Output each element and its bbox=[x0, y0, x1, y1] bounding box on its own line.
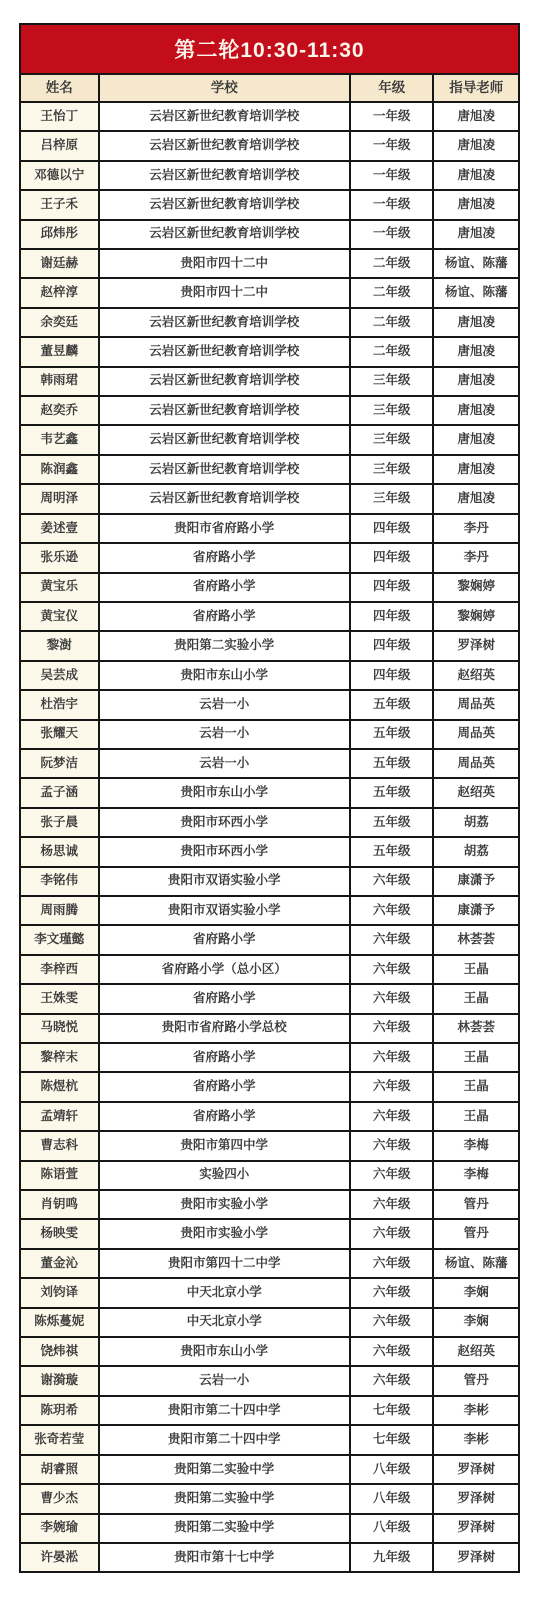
school-cell: 贵阳市东山小学 bbox=[100, 1338, 351, 1365]
school-cell: 云岩区新世纪教育培训学校 bbox=[100, 162, 351, 189]
table-title-bar: 第二轮10:30-11:30 bbox=[21, 25, 518, 75]
teacher-cell: 杨谊、陈藩 bbox=[434, 250, 517, 277]
table-row: 李梓西 省府路小学（总小区） 六年级 王晶 bbox=[21, 956, 518, 985]
teacher-cell: 王晶 bbox=[434, 1073, 517, 1100]
table-row: 韦艺鑫 云岩区新世纪教育培训学校 三年级 唐旭凌 bbox=[21, 426, 518, 455]
name-cell: 韩雨珺 bbox=[21, 368, 100, 395]
table-row: 张耀天 云岩一小 五年级 周品英 bbox=[21, 721, 518, 750]
grade-cell: 六年级 bbox=[351, 1220, 434, 1247]
table-row: 张乐逊 省府路小学 四年级 李丹 bbox=[21, 544, 518, 573]
teacher-cell: 赵绍英 bbox=[434, 662, 517, 689]
name-cell: 邓德以宁 bbox=[21, 162, 100, 189]
name-cell: 饶炜祺 bbox=[21, 1338, 100, 1365]
teacher-cell: 李娴 bbox=[434, 1279, 517, 1306]
name-cell: 阮梦洁 bbox=[21, 750, 100, 777]
school-cell: 贵阳市省府路小学 bbox=[100, 515, 351, 542]
teacher-cell: 管丹 bbox=[434, 1191, 517, 1218]
table-header-row: 姓名 学校 年级 指导老师 bbox=[21, 75, 518, 103]
name-cell: 董昱麟 bbox=[21, 338, 100, 365]
teacher-cell: 赵绍英 bbox=[434, 779, 517, 806]
teacher-cell: 康潇予 bbox=[434, 897, 517, 924]
school-cell: 省府路小学 bbox=[100, 544, 351, 571]
table-row: 饶炜祺 贵阳市东山小学 六年级 赵绍英 bbox=[21, 1338, 518, 1367]
teacher-cell: 唐旭凌 bbox=[434, 426, 517, 453]
teacher-cell: 杨谊、陈藩 bbox=[434, 279, 517, 306]
grade-cell: 五年级 bbox=[351, 691, 434, 718]
name-cell: 杨映雯 bbox=[21, 1220, 100, 1247]
teacher-cell: 唐旭凌 bbox=[434, 191, 517, 218]
grade-cell: 八年级 bbox=[351, 1485, 434, 1512]
teacher-cell: 王晶 bbox=[434, 985, 517, 1012]
header-name: 姓名 bbox=[21, 75, 100, 101]
grade-cell: 六年级 bbox=[351, 1103, 434, 1130]
school-cell: 贵阳市第四十二中学 bbox=[100, 1250, 351, 1277]
teacher-cell: 李彬 bbox=[434, 1426, 517, 1453]
school-cell: 省府路小学 bbox=[100, 603, 351, 630]
grade-cell: 二年级 bbox=[351, 338, 434, 365]
school-cell: 省府路小学 bbox=[100, 926, 351, 953]
teacher-cell: 唐旭凌 bbox=[434, 309, 517, 336]
school-cell: 贵阳第二实验小学 bbox=[100, 632, 351, 659]
grade-cell: 六年级 bbox=[351, 868, 434, 895]
school-cell: 中天北京小学 bbox=[100, 1309, 351, 1336]
teacher-cell: 李娴 bbox=[434, 1309, 517, 1336]
school-cell: 云岩区新世纪教育培训学校 bbox=[100, 397, 351, 424]
school-cell: 省府路小学 bbox=[100, 1103, 351, 1130]
grade-cell: 三年级 bbox=[351, 368, 434, 395]
name-cell: 黎澍 bbox=[21, 632, 100, 659]
name-cell: 吴芸成 bbox=[21, 662, 100, 689]
name-cell: 赵梓淳 bbox=[21, 279, 100, 306]
grade-cell: 五年级 bbox=[351, 750, 434, 777]
teacher-cell: 唐旭凌 bbox=[434, 103, 517, 130]
teacher-cell: 周品英 bbox=[434, 691, 517, 718]
name-cell: 赵奕乔 bbox=[21, 397, 100, 424]
school-cell: 贵阳市第二十四中学 bbox=[100, 1426, 351, 1453]
school-cell: 贵阳市东山小学 bbox=[100, 779, 351, 806]
teacher-cell: 王晶 bbox=[434, 1044, 517, 1071]
name-cell: 黎梓末 bbox=[21, 1044, 100, 1071]
grade-cell: 六年级 bbox=[351, 1338, 434, 1365]
grade-cell: 六年级 bbox=[351, 1044, 434, 1071]
name-cell: 黄宝仪 bbox=[21, 603, 100, 630]
school-cell: 云岩区新世纪教育培训学校 bbox=[100, 103, 351, 130]
name-cell: 孟子涵 bbox=[21, 779, 100, 806]
school-cell: 云岩一小 bbox=[100, 721, 351, 748]
name-cell: 韦艺鑫 bbox=[21, 426, 100, 453]
grade-cell: 四年级 bbox=[351, 574, 434, 601]
teacher-cell: 罗泽树 bbox=[434, 1456, 517, 1483]
grade-cell: 八年级 bbox=[351, 1456, 434, 1483]
school-cell: 贵阳市双语实验小学 bbox=[100, 868, 351, 895]
grade-cell: 二年级 bbox=[351, 309, 434, 336]
header-school: 学校 bbox=[100, 75, 351, 101]
grade-cell: 三年级 bbox=[351, 485, 434, 512]
school-cell: 云岩区新世纪教育培训学校 bbox=[100, 456, 351, 483]
teacher-cell: 唐旭凌 bbox=[434, 368, 517, 395]
teacher-cell: 李彬 bbox=[434, 1397, 517, 1424]
school-cell: 贵阳第二实验中学 bbox=[100, 1515, 351, 1542]
grade-cell: 二年级 bbox=[351, 250, 434, 277]
school-cell: 省府路小学 bbox=[100, 1073, 351, 1100]
grade-cell: 九年级 bbox=[351, 1544, 434, 1571]
name-cell: 曹志科 bbox=[21, 1132, 100, 1159]
teacher-cell: 林荟荟 bbox=[434, 1015, 517, 1042]
table-row: 韩雨珺 云岩区新世纪教育培训学校 三年级 唐旭凌 bbox=[21, 368, 518, 397]
name-cell: 杨思诚 bbox=[21, 838, 100, 865]
teacher-cell: 唐旭凌 bbox=[434, 162, 517, 189]
school-cell: 云岩区新世纪教育培训学校 bbox=[100, 191, 351, 218]
table-row: 阮梦洁 云岩一小 五年级 周品英 bbox=[21, 750, 518, 779]
table-row: 陈语萱 实验四小 六年级 李梅 bbox=[21, 1162, 518, 1191]
grade-cell: 三年级 bbox=[351, 456, 434, 483]
school-cell: 贵阳市四十二中 bbox=[100, 279, 351, 306]
school-cell: 云岩一小 bbox=[100, 691, 351, 718]
table-row: 张子晨 贵阳市环西小学 五年级 胡荔 bbox=[21, 809, 518, 838]
table-row: 杨思诚 贵阳市环西小学 五年级 胡荔 bbox=[21, 838, 518, 867]
table-row: 赵奕乔 云岩区新世纪教育培训学校 三年级 唐旭凌 bbox=[21, 397, 518, 426]
name-cell: 吕梓原 bbox=[21, 132, 100, 159]
school-cell: 贵阳市四十二中 bbox=[100, 250, 351, 277]
name-cell: 张奇若莹 bbox=[21, 1426, 100, 1453]
name-cell: 张子晨 bbox=[21, 809, 100, 836]
name-cell: 马晓悦 bbox=[21, 1015, 100, 1042]
teacher-cell: 康潇予 bbox=[434, 868, 517, 895]
table-row: 周雨腾 贵阳市双语实验小学 六年级 康潇予 bbox=[21, 897, 518, 926]
round2-schedule-table: 第二轮10:30-11:30 姓名 学校 年级 指导老师 王怡丁 云岩区新世纪教… bbox=[19, 23, 520, 1573]
grade-cell: 六年级 bbox=[351, 1279, 434, 1306]
table-row: 黎澍 贵阳第二实验小学 四年级 罗泽树 bbox=[21, 632, 518, 661]
name-cell: 邱炜彤 bbox=[21, 221, 100, 248]
school-cell: 贵阳市环西小学 bbox=[100, 838, 351, 865]
name-cell: 陈润鑫 bbox=[21, 456, 100, 483]
table-row: 杜浩宇 云岩一小 五年级 周品英 bbox=[21, 691, 518, 720]
school-cell: 省府路小学 bbox=[100, 985, 351, 1012]
table-row: 王怡丁 云岩区新世纪教育培训学校 一年级 唐旭凌 bbox=[21, 103, 518, 132]
table-row: 李铭伟 贵阳市双语实验小学 六年级 康潇予 bbox=[21, 868, 518, 897]
name-cell: 余奕廷 bbox=[21, 309, 100, 336]
table-row: 赵梓淳 贵阳市四十二中 二年级 杨谊、陈藩 bbox=[21, 279, 518, 308]
table-row: 姜述壹 贵阳市省府路小学 四年级 李丹 bbox=[21, 515, 518, 544]
teacher-cell: 胡荔 bbox=[434, 838, 517, 865]
grade-cell: 三年级 bbox=[351, 426, 434, 453]
teacher-cell: 周品英 bbox=[434, 750, 517, 777]
teacher-cell: 李丹 bbox=[434, 544, 517, 571]
name-cell: 周雨腾 bbox=[21, 897, 100, 924]
name-cell: 王子禾 bbox=[21, 191, 100, 218]
grade-cell: 七年级 bbox=[351, 1397, 434, 1424]
grade-cell: 六年级 bbox=[351, 1250, 434, 1277]
table-body: 王怡丁 云岩区新世纪教育培训学校 一年级 唐旭凌 吕梓原 云岩区新世纪教育培训学… bbox=[21, 103, 518, 1571]
name-cell: 王怡丁 bbox=[21, 103, 100, 130]
grade-cell: 四年级 bbox=[351, 515, 434, 542]
name-cell: 李梓西 bbox=[21, 956, 100, 983]
name-cell: 陈语萱 bbox=[21, 1162, 100, 1189]
name-cell: 姜述壹 bbox=[21, 515, 100, 542]
table-row: 吴芸成 贵阳市东山小学 四年级 赵绍英 bbox=[21, 662, 518, 691]
teacher-cell: 胡荔 bbox=[434, 809, 517, 836]
grade-cell: 六年级 bbox=[351, 1162, 434, 1189]
table-row: 董金沁 贵阳市第四十二中学 六年级 杨谊、陈藩 bbox=[21, 1250, 518, 1279]
name-cell: 曹少杰 bbox=[21, 1485, 100, 1512]
name-cell: 许晏淞 bbox=[21, 1544, 100, 1571]
grade-cell: 七年级 bbox=[351, 1426, 434, 1453]
teacher-cell: 王晶 bbox=[434, 1103, 517, 1130]
name-cell: 周明泽 bbox=[21, 485, 100, 512]
table-row: 吕梓原 云岩区新世纪教育培训学校 一年级 唐旭凌 bbox=[21, 132, 518, 161]
name-cell: 李婉瑜 bbox=[21, 1515, 100, 1542]
name-cell: 杜浩宇 bbox=[21, 691, 100, 718]
teacher-cell: 唐旭凌 bbox=[434, 397, 517, 424]
name-cell: 王姝雯 bbox=[21, 985, 100, 1012]
table-row: 马晓悦 贵阳市省府路小学总校 六年级 林荟荟 bbox=[21, 1015, 518, 1044]
table-row: 张奇若莹 贵阳市第二十四中学 七年级 李彬 bbox=[21, 1426, 518, 1455]
school-cell: 中天北京小学 bbox=[100, 1279, 351, 1306]
name-cell: 陈玥希 bbox=[21, 1397, 100, 1424]
school-cell: 云岩区新世纪教育培训学校 bbox=[100, 132, 351, 159]
grade-cell: 六年级 bbox=[351, 897, 434, 924]
grade-cell: 一年级 bbox=[351, 221, 434, 248]
header-grade: 年级 bbox=[351, 75, 434, 101]
grade-cell: 五年级 bbox=[351, 838, 434, 865]
grade-cell: 一年级 bbox=[351, 162, 434, 189]
table-row: 胡睿照 贵阳第二实验中学 八年级 罗泽树 bbox=[21, 1456, 518, 1485]
grade-cell: 四年级 bbox=[351, 603, 434, 630]
grade-cell: 一年级 bbox=[351, 103, 434, 130]
table-row: 许晏淞 贵阳市第十七中学 九年级 罗泽树 bbox=[21, 1544, 518, 1571]
grade-cell: 四年级 bbox=[351, 662, 434, 689]
header-teacher: 指导老师 bbox=[434, 75, 517, 101]
name-cell: 孟靖轩 bbox=[21, 1103, 100, 1130]
table-row: 黄宝乐 省府路小学 四年级 黎娴婷 bbox=[21, 574, 518, 603]
name-cell: 李文瑾懿 bbox=[21, 926, 100, 953]
school-cell: 云岩区新世纪教育培训学校 bbox=[100, 368, 351, 395]
teacher-cell: 管丹 bbox=[434, 1367, 517, 1394]
name-cell: 陈烁蔓妮 bbox=[21, 1309, 100, 1336]
name-cell: 张乐逊 bbox=[21, 544, 100, 571]
teacher-cell: 林荟荟 bbox=[434, 926, 517, 953]
table-row: 黎梓末 省府路小学 六年级 王晶 bbox=[21, 1044, 518, 1073]
grade-cell: 四年级 bbox=[351, 632, 434, 659]
table-row: 李婉瑜 贵阳第二实验中学 八年级 罗泽树 bbox=[21, 1515, 518, 1544]
grade-cell: 四年级 bbox=[351, 544, 434, 571]
school-cell: 云岩区新世纪教育培训学校 bbox=[100, 426, 351, 453]
teacher-cell: 赵绍英 bbox=[434, 1338, 517, 1365]
teacher-cell: 罗泽树 bbox=[434, 1515, 517, 1542]
grade-cell: 五年级 bbox=[351, 779, 434, 806]
table-row: 刘钧译 中天北京小学 六年级 李娴 bbox=[21, 1279, 518, 1308]
school-cell: 贵阳第二实验中学 bbox=[100, 1456, 351, 1483]
school-cell: 贵阳市实验小学 bbox=[100, 1191, 351, 1218]
table-row: 曹志科 贵阳市第四中学 六年级 李梅 bbox=[21, 1132, 518, 1161]
table-row: 杨映雯 贵阳市实验小学 六年级 管丹 bbox=[21, 1220, 518, 1249]
grade-cell: 六年级 bbox=[351, 985, 434, 1012]
school-cell: 贵阳市第二十四中学 bbox=[100, 1397, 351, 1424]
table-title: 第二轮10:30-11:30 bbox=[174, 34, 364, 64]
teacher-cell: 罗泽树 bbox=[434, 1485, 517, 1512]
grade-cell: 六年级 bbox=[351, 926, 434, 953]
teacher-cell: 唐旭凌 bbox=[434, 221, 517, 248]
table-row: 陈玥希 贵阳市第二十四中学 七年级 李彬 bbox=[21, 1397, 518, 1426]
teacher-cell: 黎娴婷 bbox=[434, 603, 517, 630]
table-row: 孟子涵 贵阳市东山小学 五年级 赵绍英 bbox=[21, 779, 518, 808]
grade-cell: 六年级 bbox=[351, 1015, 434, 1042]
grade-cell: 三年级 bbox=[351, 397, 434, 424]
school-cell: 贵阳市省府路小学总校 bbox=[100, 1015, 351, 1042]
table-row: 董昱麟 云岩区新世纪教育培训学校 二年级 唐旭凌 bbox=[21, 338, 518, 367]
grade-cell: 一年级 bbox=[351, 132, 434, 159]
school-cell: 贵阳第二实验中学 bbox=[100, 1485, 351, 1512]
school-cell: 贵阳市东山小学 bbox=[100, 662, 351, 689]
grade-cell: 六年级 bbox=[351, 1367, 434, 1394]
table-row: 黄宝仪 省府路小学 四年级 黎娴婷 bbox=[21, 603, 518, 632]
name-cell: 陈煜杭 bbox=[21, 1073, 100, 1100]
teacher-cell: 罗泽树 bbox=[434, 1544, 517, 1571]
name-cell: 谢廷赫 bbox=[21, 250, 100, 277]
table-row: 王子禾 云岩区新世纪教育培训学校 一年级 唐旭凌 bbox=[21, 191, 518, 220]
school-cell: 云岩一小 bbox=[100, 1367, 351, 1394]
school-cell: 云岩区新世纪教育培训学校 bbox=[100, 485, 351, 512]
name-cell: 胡睿照 bbox=[21, 1456, 100, 1483]
name-cell: 张耀天 bbox=[21, 721, 100, 748]
table-row: 陈润鑫 云岩区新世纪教育培训学校 三年级 唐旭凌 bbox=[21, 456, 518, 485]
teacher-cell: 黎娴婷 bbox=[434, 574, 517, 601]
grade-cell: 二年级 bbox=[351, 279, 434, 306]
school-cell: 云岩区新世纪教育培训学校 bbox=[100, 338, 351, 365]
school-cell: 贵阳市第四中学 bbox=[100, 1132, 351, 1159]
school-cell: 贵阳市环西小学 bbox=[100, 809, 351, 836]
school-cell: 实验四小 bbox=[100, 1162, 351, 1189]
grade-cell: 六年级 bbox=[351, 1191, 434, 1218]
teacher-cell: 周品英 bbox=[434, 721, 517, 748]
table-row: 邱炜彤 云岩区新世纪教育培训学校 一年级 唐旭凌 bbox=[21, 221, 518, 250]
name-cell: 谢漪璇 bbox=[21, 1367, 100, 1394]
grade-cell: 八年级 bbox=[351, 1515, 434, 1542]
teacher-cell: 罗泽树 bbox=[434, 632, 517, 659]
teacher-cell: 管丹 bbox=[434, 1220, 517, 1247]
name-cell: 刘钧译 bbox=[21, 1279, 100, 1306]
name-cell: 董金沁 bbox=[21, 1250, 100, 1277]
table-row: 陈烁蔓妮 中天北京小学 六年级 李娴 bbox=[21, 1309, 518, 1338]
table-row: 曹少杰 贵阳第二实验中学 八年级 罗泽树 bbox=[21, 1485, 518, 1514]
teacher-cell: 李丹 bbox=[434, 515, 517, 542]
teacher-cell: 李梅 bbox=[434, 1162, 517, 1189]
table-row: 孟靖轩 省府路小学 六年级 王晶 bbox=[21, 1103, 518, 1132]
grade-cell: 六年级 bbox=[351, 1309, 434, 1336]
school-cell: 省府路小学 bbox=[100, 574, 351, 601]
table-row: 邓德以宁 云岩区新世纪教育培训学校 一年级 唐旭凌 bbox=[21, 162, 518, 191]
table-row: 周明泽 云岩区新世纪教育培训学校 三年级 唐旭凌 bbox=[21, 485, 518, 514]
school-cell: 云岩区新世纪教育培训学校 bbox=[100, 309, 351, 336]
grade-cell: 六年级 bbox=[351, 1132, 434, 1159]
table-row: 谢廷赫 贵阳市四十二中 二年级 杨谊、陈藩 bbox=[21, 250, 518, 279]
school-cell: 贵阳市双语实验小学 bbox=[100, 897, 351, 924]
school-cell: 省府路小学 bbox=[100, 1044, 351, 1071]
school-cell: 云岩区新世纪教育培训学校 bbox=[100, 221, 351, 248]
grade-cell: 五年级 bbox=[351, 809, 434, 836]
school-cell: 云岩一小 bbox=[100, 750, 351, 777]
name-cell: 肖钥鸣 bbox=[21, 1191, 100, 1218]
name-cell: 黄宝乐 bbox=[21, 574, 100, 601]
table-row: 余奕廷 云岩区新世纪教育培训学校 二年级 唐旭凌 bbox=[21, 309, 518, 338]
grade-cell: 五年级 bbox=[351, 721, 434, 748]
teacher-cell: 唐旭凌 bbox=[434, 456, 517, 483]
school-cell: 省府路小学（总小区） bbox=[100, 956, 351, 983]
teacher-cell: 唐旭凌 bbox=[434, 338, 517, 365]
teacher-cell: 杨谊、陈藩 bbox=[434, 1250, 517, 1277]
teacher-cell: 唐旭凌 bbox=[434, 132, 517, 159]
teacher-cell: 王晶 bbox=[434, 956, 517, 983]
teacher-cell: 李梅 bbox=[434, 1132, 517, 1159]
school-cell: 贵阳市第十七中学 bbox=[100, 1544, 351, 1571]
grade-cell: 六年级 bbox=[351, 956, 434, 983]
grade-cell: 六年级 bbox=[351, 1073, 434, 1100]
teacher-cell: 唐旭凌 bbox=[434, 485, 517, 512]
table-row: 谢漪璇 云岩一小 六年级 管丹 bbox=[21, 1367, 518, 1396]
table-row: 肖钥鸣 贵阳市实验小学 六年级 管丹 bbox=[21, 1191, 518, 1220]
grade-cell: 一年级 bbox=[351, 191, 434, 218]
table-row: 陈煜杭 省府路小学 六年级 王晶 bbox=[21, 1073, 518, 1102]
name-cell: 李铭伟 bbox=[21, 868, 100, 895]
school-cell: 贵阳市实验小学 bbox=[100, 1220, 351, 1247]
table-row: 李文瑾懿 省府路小学 六年级 林荟荟 bbox=[21, 926, 518, 955]
table-row: 王姝雯 省府路小学 六年级 王晶 bbox=[21, 985, 518, 1014]
